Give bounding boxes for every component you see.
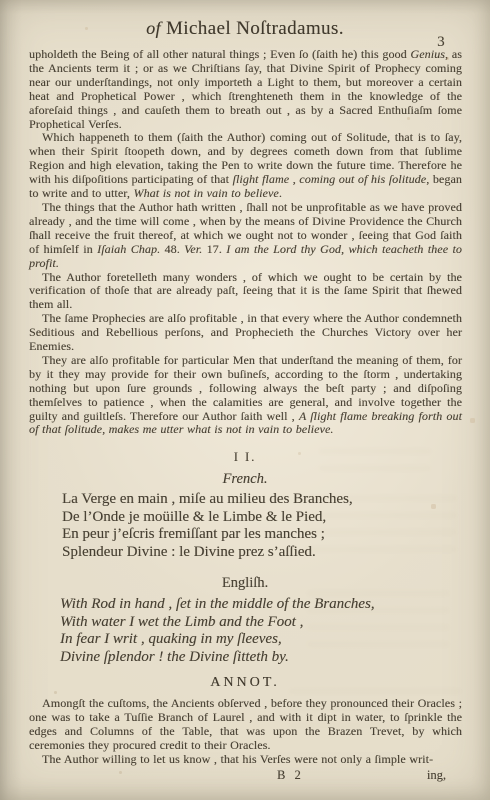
paragraph: upholdeth the Being of all other natural… bbox=[29, 48, 462, 131]
english-label: Engliſh. bbox=[0, 575, 490, 592]
stanza-number: I I. bbox=[0, 450, 490, 464]
signature-line: B 2 ing, bbox=[0, 768, 490, 784]
signature-mark: B 2 bbox=[277, 768, 304, 783]
catchword: ing, bbox=[427, 768, 446, 783]
paragraph: Amongſt the cuſtoms, the Ancients obſerv… bbox=[29, 697, 462, 753]
book-page: ofMichael Noſtradamus. 3 upholdeth the B… bbox=[0, 0, 490, 800]
running-header-of: of bbox=[146, 18, 161, 38]
paragraph: The Author willing to let us know , that… bbox=[29, 753, 462, 767]
body-paragraphs: upholdeth the Being of all other natural… bbox=[29, 48, 462, 437]
verse-line: With water I wet the Limb and the Foot , bbox=[60, 614, 490, 631]
french-label: French. bbox=[0, 471, 490, 488]
paragraph: They are alſo profitable for particular … bbox=[29, 354, 462, 437]
paragraph: The ſame Prophecies are alſo profitable … bbox=[29, 312, 462, 354]
french-verse: La Verge en main , miſe au milieu des Br… bbox=[62, 491, 490, 561]
verse-line: De l’Onde je moüille & le Limbe & le Pie… bbox=[62, 509, 490, 527]
foxing-specks bbox=[0, 0, 1, 1]
verse-line: La Verge en main , miſe au milieu des Br… bbox=[62, 491, 490, 509]
page-number: 3 bbox=[437, 30, 445, 54]
annot-paragraphs: Amongſt the cuſtoms, the Ancients obſerv… bbox=[29, 697, 462, 767]
verse-line: In fear I writ , quaking in my ſleeves, bbox=[60, 631, 490, 648]
verse-line: With Rod in hand , ſet in the middle of … bbox=[60, 596, 490, 613]
running-header: ofMichael Noſtradamus. 3 bbox=[0, 16, 490, 41]
verse-line: En peur j’eſcris fremiſſant par les manc… bbox=[62, 526, 490, 544]
english-verse: With Rod in hand , ſet in the middle of … bbox=[60, 596, 490, 666]
annotation-heading: ANNOT. bbox=[0, 675, 490, 691]
paragraph: Which happeneth to them (ſaith the Autho… bbox=[29, 131, 462, 201]
page-title: Michael Noſtradamus. bbox=[166, 18, 344, 39]
paragraph: The things that the Author hath written … bbox=[29, 201, 462, 271]
paragraph: The Author foretelleth many wonders , of… bbox=[29, 271, 462, 313]
verse-line: Divine ſplendor ! the Divine ſitteth by. bbox=[60, 649, 490, 666]
verse-line: Splendeur Divine : le Divine prez s’aſſi… bbox=[62, 544, 490, 562]
